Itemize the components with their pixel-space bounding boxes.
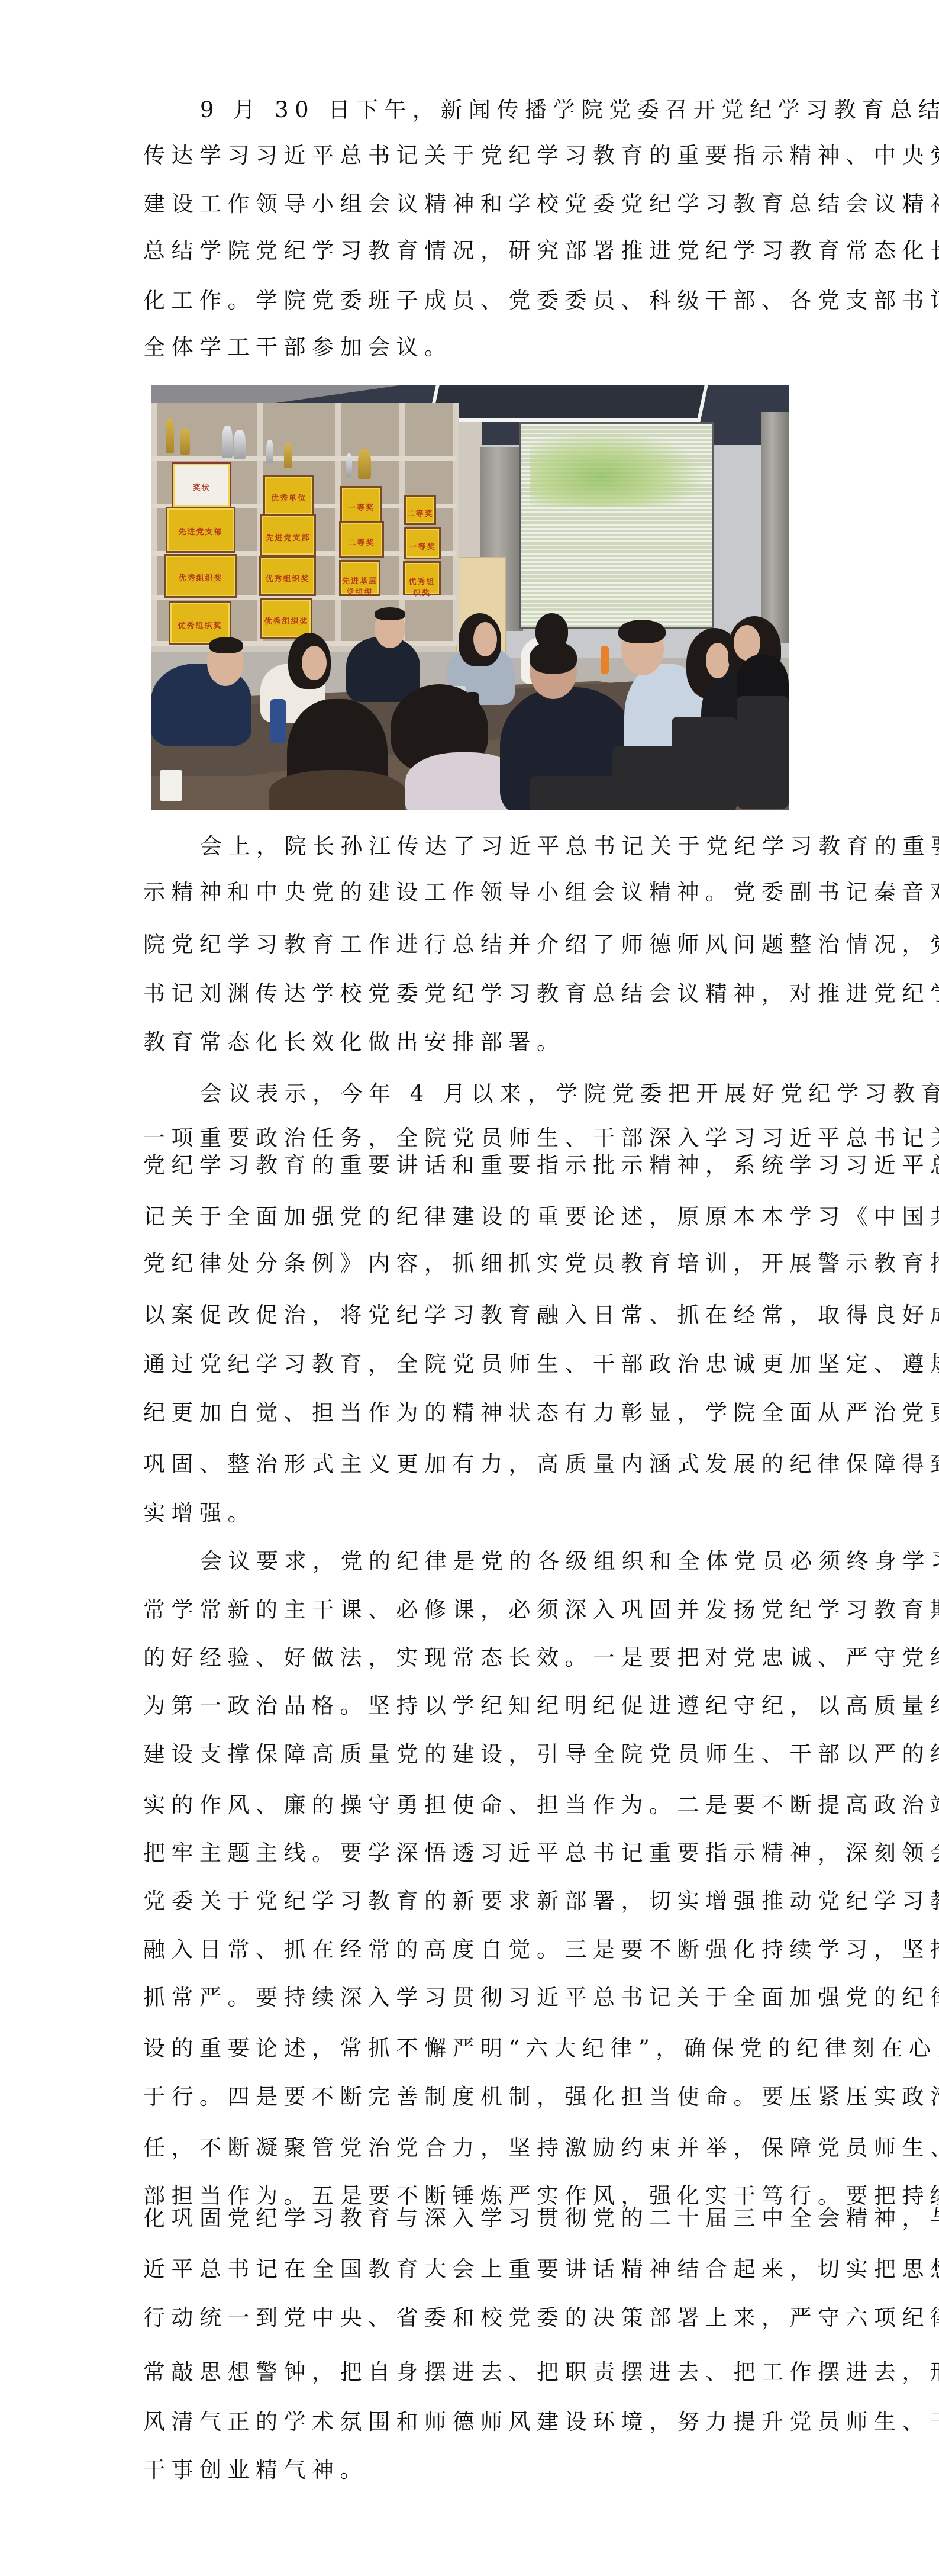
award-plaque: 奖状 <box>172 462 231 508</box>
chair <box>737 696 789 809</box>
shelf-divider <box>453 403 459 646</box>
person-head <box>706 643 730 678</box>
text-line: 会议表示，今年 4 月以来，学院党委把开展好党纪学习教育作为 <box>200 1080 795 1108</box>
text-line: 院党纪学习教育工作进行总结并介绍了师德师风问题整治情况，党委 <box>143 930 795 959</box>
award-plaque: 先进党支部 <box>260 514 316 556</box>
award-plaque: 优秀组织奖 <box>164 554 237 598</box>
text-line: 近平总书记在全国教育大会上重要讲话精神结合起来，切实把思想和 <box>143 2255 795 2284</box>
trophy-icon <box>166 418 174 453</box>
text-line: 传达学习习近平总书记关于党纪学习教育的重要指示精神、中央党的 <box>143 141 795 170</box>
text-line: 融入日常、抓在经常的高度自觉。三是要不断强化持续学习，坚持常 <box>143 1936 795 1964</box>
award-plaque: 优秀组织奖 <box>260 598 312 639</box>
text-line: 纪更加自觉、担当作为的精神状态有力彰显，学院全面从严治党更加 <box>143 1399 795 1427</box>
chair <box>672 717 737 810</box>
person-hair <box>618 620 666 643</box>
trophy-icon <box>284 443 292 468</box>
text-line: 干事创业精气神。 <box>143 2456 795 2484</box>
award-plaque: 先进党支部 <box>166 507 235 553</box>
text-line: 记关于全面加强党的纪律建设的重要论述，原原本本学习《中国共产 <box>143 1203 795 1231</box>
text-line: 抓常严。要持续深入学习贯彻习近平总书记关于全面加强党的纪律建 <box>143 1983 795 2012</box>
award-plaque: 优秀组织奖 <box>259 556 316 596</box>
text-line: 建设支撑保障高质量党的建设，引导全院党员师生、干部以严的纪律、 <box>143 1740 795 1769</box>
text-line: 风清气正的学术氛围和师德师风建设环境，努力提升党员师生、干部 <box>143 2408 795 2436</box>
text-line: 会议要求，党的纪律是党的各级组织和全体党员必须终身学习、 <box>200 1547 795 1576</box>
photo-ceiling-light <box>428 385 708 422</box>
text-line: 行动统一到党中央、省委和校党委的决策部署上来，严守六项纪律， <box>143 2304 795 2332</box>
text-line: 党纪律处分条例》内容，抓细抓实党员教育培训，开展警示教育推动 <box>143 1250 795 1278</box>
award-plaque: 一等奖 <box>404 527 441 559</box>
text-line: 9 月 30 日下午，新闻传播学院党委召开党纪学习教育总结会议， <box>200 96 795 124</box>
award-plaque: 二等奖 <box>339 521 384 558</box>
text-line: 实的作风、廉的操守勇担使命、担当作为。二是要不断提高政治站位， <box>143 1791 795 1820</box>
trophy-icon <box>266 440 273 463</box>
text-line: 教育常态化长效化做出安排部署。 <box>143 1028 795 1057</box>
award-plaque: 优秀单位 <box>263 475 314 516</box>
shelf-divider <box>151 403 157 646</box>
text-line: 以案促改促治，将党纪学习教育融入日常、抓在经常，取得良好成效。 <box>143 1301 795 1329</box>
person-hair <box>209 637 243 653</box>
person <box>346 637 420 702</box>
photo-trees <box>530 430 707 507</box>
text-line: 的好经验、好做法，实现常态长效。一是要把对党忠诚、严守党纪作 <box>143 1644 795 1672</box>
text-line: 通过党纪学习教育，全院党员师生、干部政治忠诚更加坚定、遵规守 <box>143 1350 795 1379</box>
text-line: 书记刘渊传达学校党委党纪学习教育总结会议精神，对推进党纪学习 <box>143 980 795 1008</box>
person <box>269 770 405 810</box>
text-line: 于行。四是要不断完善制度机制，强化担当使命。要压紧压实政治责 <box>143 2083 795 2111</box>
text-line: 化巩固党纪学习教育与深入学习贯彻党的二十届三中全会精神，与习 <box>143 2204 795 2233</box>
text-line: 全体学工干部参加会议。 <box>143 333 795 362</box>
trophy-icon <box>358 449 371 479</box>
text-line: 建设工作领导小组会议精神和学校党委党纪学习教育总结会议精神， <box>143 190 795 218</box>
award-plaque: 一等奖 <box>340 486 382 524</box>
text-line: 设的重要论述，常抓不懈严明“六大纪律”，确保党的纪律刻在心见 <box>143 2034 795 2063</box>
trophy-icon <box>222 426 233 458</box>
award-plaque: 优秀组织奖 <box>403 561 441 595</box>
juice-bottle-icon <box>601 646 609 674</box>
award-plaque: 二等奖 <box>404 495 436 525</box>
water-bottle-icon <box>270 699 286 743</box>
person-hair <box>530 641 577 674</box>
meeting-photo: 奖状 先进党支部 优秀单位 先进党支部 一等奖 二等奖 二等奖 一等奖 优秀组织… <box>151 385 789 810</box>
text-line: 示精神和中央党的建设工作领导小组会议精神。党委副书记秦音对学 <box>143 878 795 907</box>
text-line: 总结学院党纪学习教育情况，研究部署推进党纪学习教育常态化长效 <box>143 237 795 265</box>
chair <box>530 776 624 810</box>
person-head <box>473 622 497 656</box>
paper-cup-icon <box>160 770 182 801</box>
shelf-board <box>151 456 456 461</box>
text-line: 实增强。 <box>143 1499 795 1528</box>
text-line: 党纪学习教育的重要讲话和重要指示批示精神，系统学习习近平总书 <box>143 1151 795 1180</box>
photo-curtain-right <box>761 412 789 643</box>
trophy-icon <box>180 428 190 455</box>
person-head <box>302 646 327 680</box>
text-line: 常学常新的主干课、必修课，必须深入巩固并发扬党纪学习教育期间 <box>143 1596 795 1624</box>
text-line: 会上，院长孙江传达了习近平总书记关于党纪学习教育的重要指 <box>200 832 795 861</box>
trophy-icon <box>234 430 246 459</box>
text-line: 把牢主题主线。要学深悟透习近平总书记重要指示精神，深刻领会校 <box>143 1839 795 1867</box>
text-line: 巩固、整治形式主义更加有力，高质量内涵式发展的纪律保障得到切 <box>143 1450 795 1479</box>
text-line: 党委关于党纪学习教育的新要求新部署，切实增强推动党纪学习教育 <box>143 1887 795 1915</box>
text-line: 常敲思想警钟，把自身摆进去、把职责摆进去、把工作摆进去，形成 <box>143 2358 795 2387</box>
text-line: 化工作。学院党委班子成员、党委委员、科级干部、各党支部书记和 <box>143 286 795 315</box>
trophy-icon <box>346 453 352 477</box>
person-hair <box>375 607 405 620</box>
text-line: 为第一政治品格。坚持以学纪知纪明纪促进遵纪守纪，以高质量纪律 <box>143 1692 795 1720</box>
award-plaque: 先进基层党组织 <box>339 560 380 596</box>
text-line: 任，不断凝聚管党治党合力，坚持激励约束并举，保障党员师生、干 <box>143 2134 795 2162</box>
text-line: 一项重要政治任务，全院党员师生、干部深入学习习近平总书记关于 <box>143 1124 795 1152</box>
